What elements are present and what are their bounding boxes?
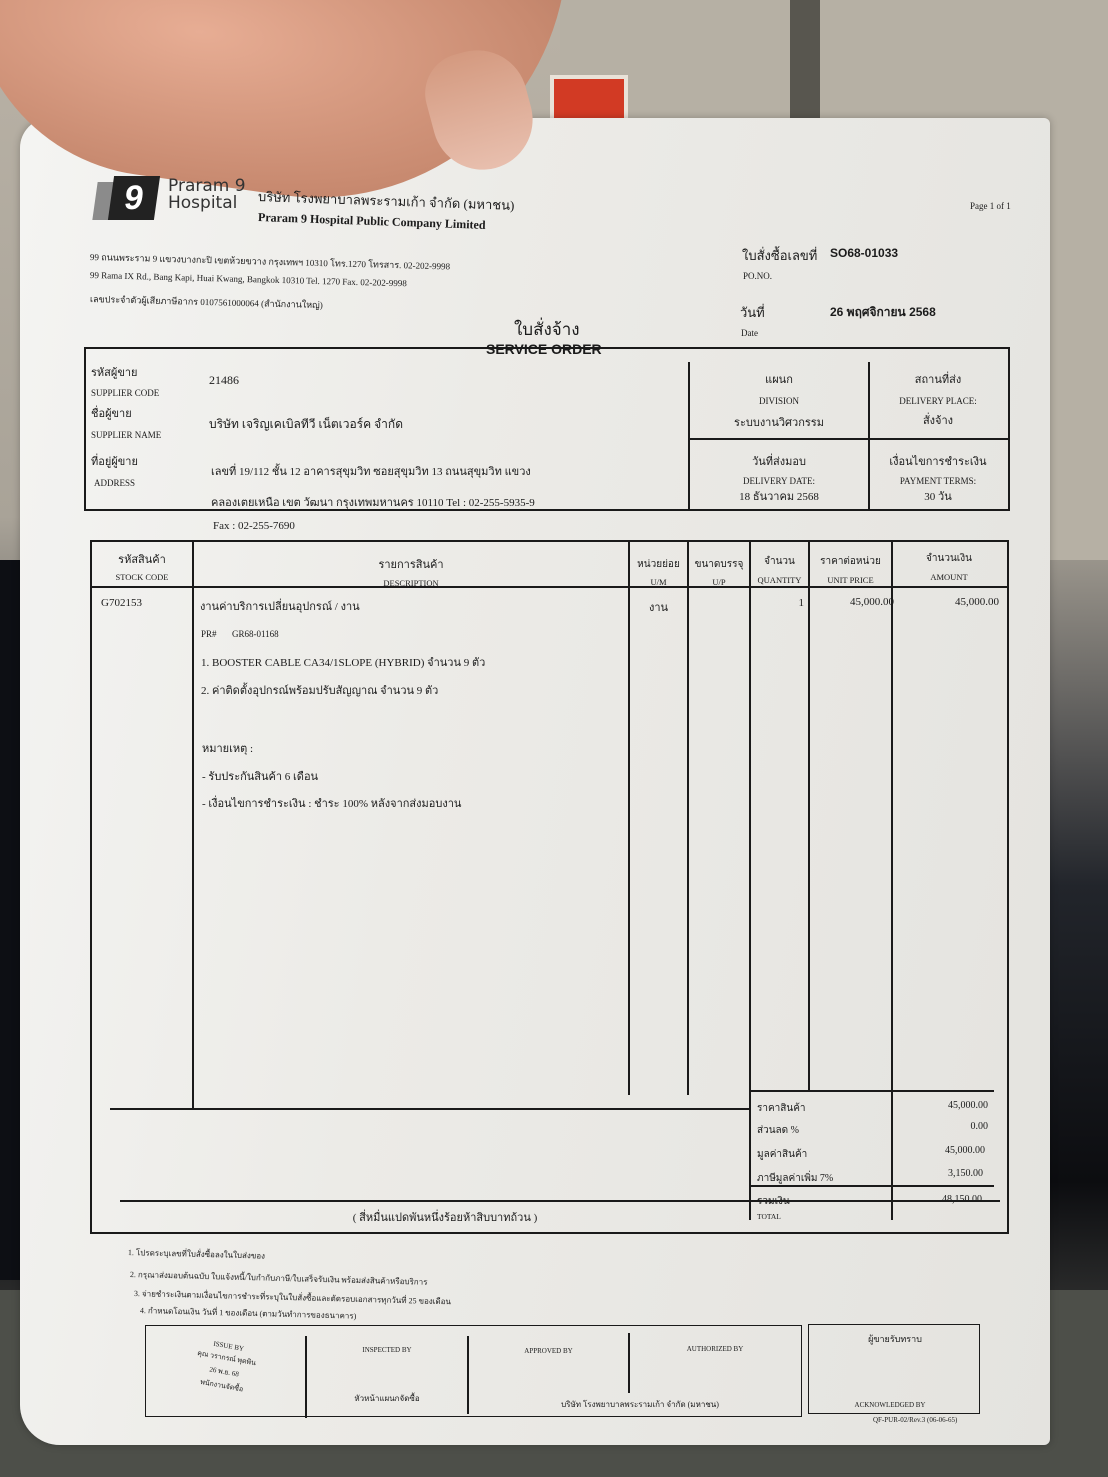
po-number-value: SO68-01033 [830, 246, 898, 260]
company-signature-line: บริษัท โรงพยาบาลพระรามเก้า จำกัด (มหาชน) [480, 1398, 800, 1411]
supplier-code-label-th: รหัสผู้ขาย [91, 363, 137, 381]
page-indicator: Page 1 of 1 [970, 201, 1011, 211]
inspected-by-label: INSPECTED BY [307, 1346, 467, 1354]
row-um: งาน [630, 598, 687, 616]
supplier-name-label-th: ชื่อผู้ขาย [91, 404, 132, 422]
supplier-name-value: บริษัท เจริญเคเบิลทีวี เน็ตเวอร์ค จำกัด [209, 415, 403, 434]
col-header-th: รายการสินค้า [194, 555, 628, 573]
divider [628, 1333, 630, 1393]
col-header-amount: จำนวนเงิน AMOUNT [893, 551, 1005, 582]
supplier-code-value: 21486 [209, 373, 239, 388]
supplier-address-line2: คลองเตยเหนือ เขต วัฒนา กรุงเทพมหานคร 101… [211, 493, 535, 511]
date-label-th: วันที่ [740, 302, 765, 323]
total-label-th: รวมเงิน [757, 1194, 790, 1209]
delivery-place-value: สั่งจ้าง [870, 411, 1006, 429]
po-number-label-en: PO.NO. [743, 271, 772, 281]
divider [120, 1200, 1000, 1202]
supplier-code-label-en: SUPPLIER CODE [91, 388, 159, 398]
col-header-unit-price: ราคาต่อหน่วย UNIT PRICE [810, 554, 891, 585]
acknowledged-label-th: ผู้ขายรับทราบ [810, 1332, 980, 1346]
items-table [90, 540, 1009, 1234]
total-value: 48,150.00 [893, 1194, 982, 1205]
subtotal-label: ราคาสินค้า [757, 1101, 806, 1116]
subtotal-value: 45,000.00 [893, 1100, 988, 1111]
authorized-by-label: AUTHORIZED BY [630, 1345, 800, 1353]
delivery-place-label-th: สถานที่ส่ง [870, 370, 1006, 388]
form-code: QF-PUR-02/Rev.3 (06-06-65) [873, 1416, 957, 1424]
delivery-place-label-en: DELIVERY PLACE: [870, 396, 1006, 406]
divider [110, 1108, 750, 1110]
supplier-address-label-en: ADDRESS [94, 478, 135, 488]
row-amount: 45,000.00 [893, 596, 999, 608]
divider [192, 540, 194, 1110]
col-header-up: ขนาดบรรจุ U/P [689, 557, 749, 587]
col-header-th: หน่วยย่อย [630, 557, 687, 572]
detail-line-1: 1. BOOSTER CABLE CA34/1SLOPE (HYBRID) จำ… [201, 653, 485, 671]
divider [749, 1090, 994, 1092]
delivery-date-label-th: วันที่ส่งมอบ [690, 452, 868, 470]
detail-line-2: 2. ค่าติดตั้งอุปกรณ์พร้อมปรับสัญญาณ จำนว… [201, 681, 438, 699]
remark-title: หมายเหตุ : [202, 739, 253, 757]
col-header-th: ขนาดบรรจุ [689, 557, 749, 572]
division-value: ระบบงานวิศวกรรม [690, 413, 868, 431]
hospital-logo-icon: 9 [95, 176, 157, 220]
date-value: 26 พฤศจิกายน 2568 [830, 303, 936, 322]
row-quantity: 1 [751, 597, 804, 609]
col-header-en: U/M [630, 577, 687, 587]
division-label-th: แผนก [690, 370, 868, 388]
supplier-fax: Fax : 02-255-7690 [213, 520, 295, 532]
remark-1: - รับประกันสินค้า 6 เดือน [202, 767, 318, 785]
remark-2: - เงื่อนไขการชำระเงิน : ชำระ 100% หลังจา… [202, 794, 461, 812]
divider [628, 540, 630, 1095]
payment-terms-value: 30 วัน [870, 487, 1006, 505]
col-header-th: จำนวน [751, 554, 808, 569]
logo-line2: Hospital [168, 195, 246, 212]
discount-value: 0.00 [893, 1121, 988, 1132]
division-label-en: DIVISION [690, 396, 868, 406]
col-header-description: รายการสินค้า DESCRIPTION [194, 555, 628, 588]
divider [687, 540, 689, 1095]
total-label-en: TOTAL [757, 1212, 781, 1221]
pr-label: PR# [201, 629, 217, 639]
col-header-en: UNIT PRICE [810, 575, 891, 585]
col-header-th: ราคาต่อหน่วย [810, 554, 891, 569]
col-header-th: รหัสสินค้า [92, 550, 192, 568]
supplier-name-label-en: SUPPLIER NAME [91, 430, 161, 440]
row-unit-price: 45,000.00 [810, 596, 894, 608]
col-header-stock-code: รหัสสินค้า STOCK CODE [92, 550, 192, 582]
col-header-en: AMOUNT [893, 572, 1005, 582]
pr-value: GR68-01168 [232, 629, 279, 639]
divider [891, 540, 893, 1220]
vat-label: ภาษีมูลค่าเพิ่ม 7% [757, 1171, 833, 1186]
col-header-en: DESCRIPTION [194, 578, 628, 588]
vat-value: 3,150.00 [893, 1168, 983, 1179]
supplier-address-label-th: ที่อยู่ผู้ขาย [91, 452, 138, 470]
col-header-quantity: จำนวน QUANTITY [751, 554, 808, 585]
document-title-th: ใบสั่งจ้าง [514, 316, 580, 343]
acknowledged-label-en: ACKNOWLEDGED BY [810, 1401, 970, 1409]
amount-in-words: ( สี่หมื่นแปดพันหนึ่งร้อยห้าสิบบาทถ้วน ) [300, 1208, 590, 1226]
divider [749, 540, 751, 1220]
logo-text: Praram 9 Hospital [168, 178, 246, 212]
col-header-en: STOCK CODE [92, 572, 192, 582]
inspected-by-role: หัวหน้าแผนกจัดซื้อ [307, 1392, 467, 1405]
po-number-label-th: ใบสั่งซื้อเลขที่ [742, 245, 817, 266]
payment-terms-label-th: เงื่อนไขการชำระเงิน [870, 452, 1006, 470]
discount-label: ส่วนลด % [757, 1123, 799, 1138]
col-header-en: U/P [689, 577, 749, 587]
date-label-en: Date [741, 328, 758, 338]
delivery-date-label-en: DELIVERY DATE: [690, 476, 868, 486]
col-header-th: จำนวนเงิน [893, 551, 1005, 566]
divider [808, 540, 810, 1090]
divider [688, 438, 1008, 440]
supplier-address-line1: เลขที่ 19/112 ชั้น 12 อาคารสุขุมวิท ซอยส… [211, 462, 531, 480]
payment-terms-label-en: PAYMENT TERMS: [870, 476, 1006, 486]
net-label: มูลค่าสินค้า [757, 1147, 807, 1162]
row-description: งานค่าบริการเปลี่ยนอุปกรณ์ / งาน [200, 597, 360, 615]
row-stock-code: G702153 [101, 597, 142, 609]
approved-by-label: APPROVED BY [469, 1347, 628, 1355]
delivery-date-value: 18 ธันวาคม 2568 [690, 487, 868, 505]
col-header-en: QUANTITY [751, 575, 808, 585]
col-header-um: หน่วยย่อย U/M [630, 557, 687, 587]
net-value: 45,000.00 [893, 1145, 985, 1156]
